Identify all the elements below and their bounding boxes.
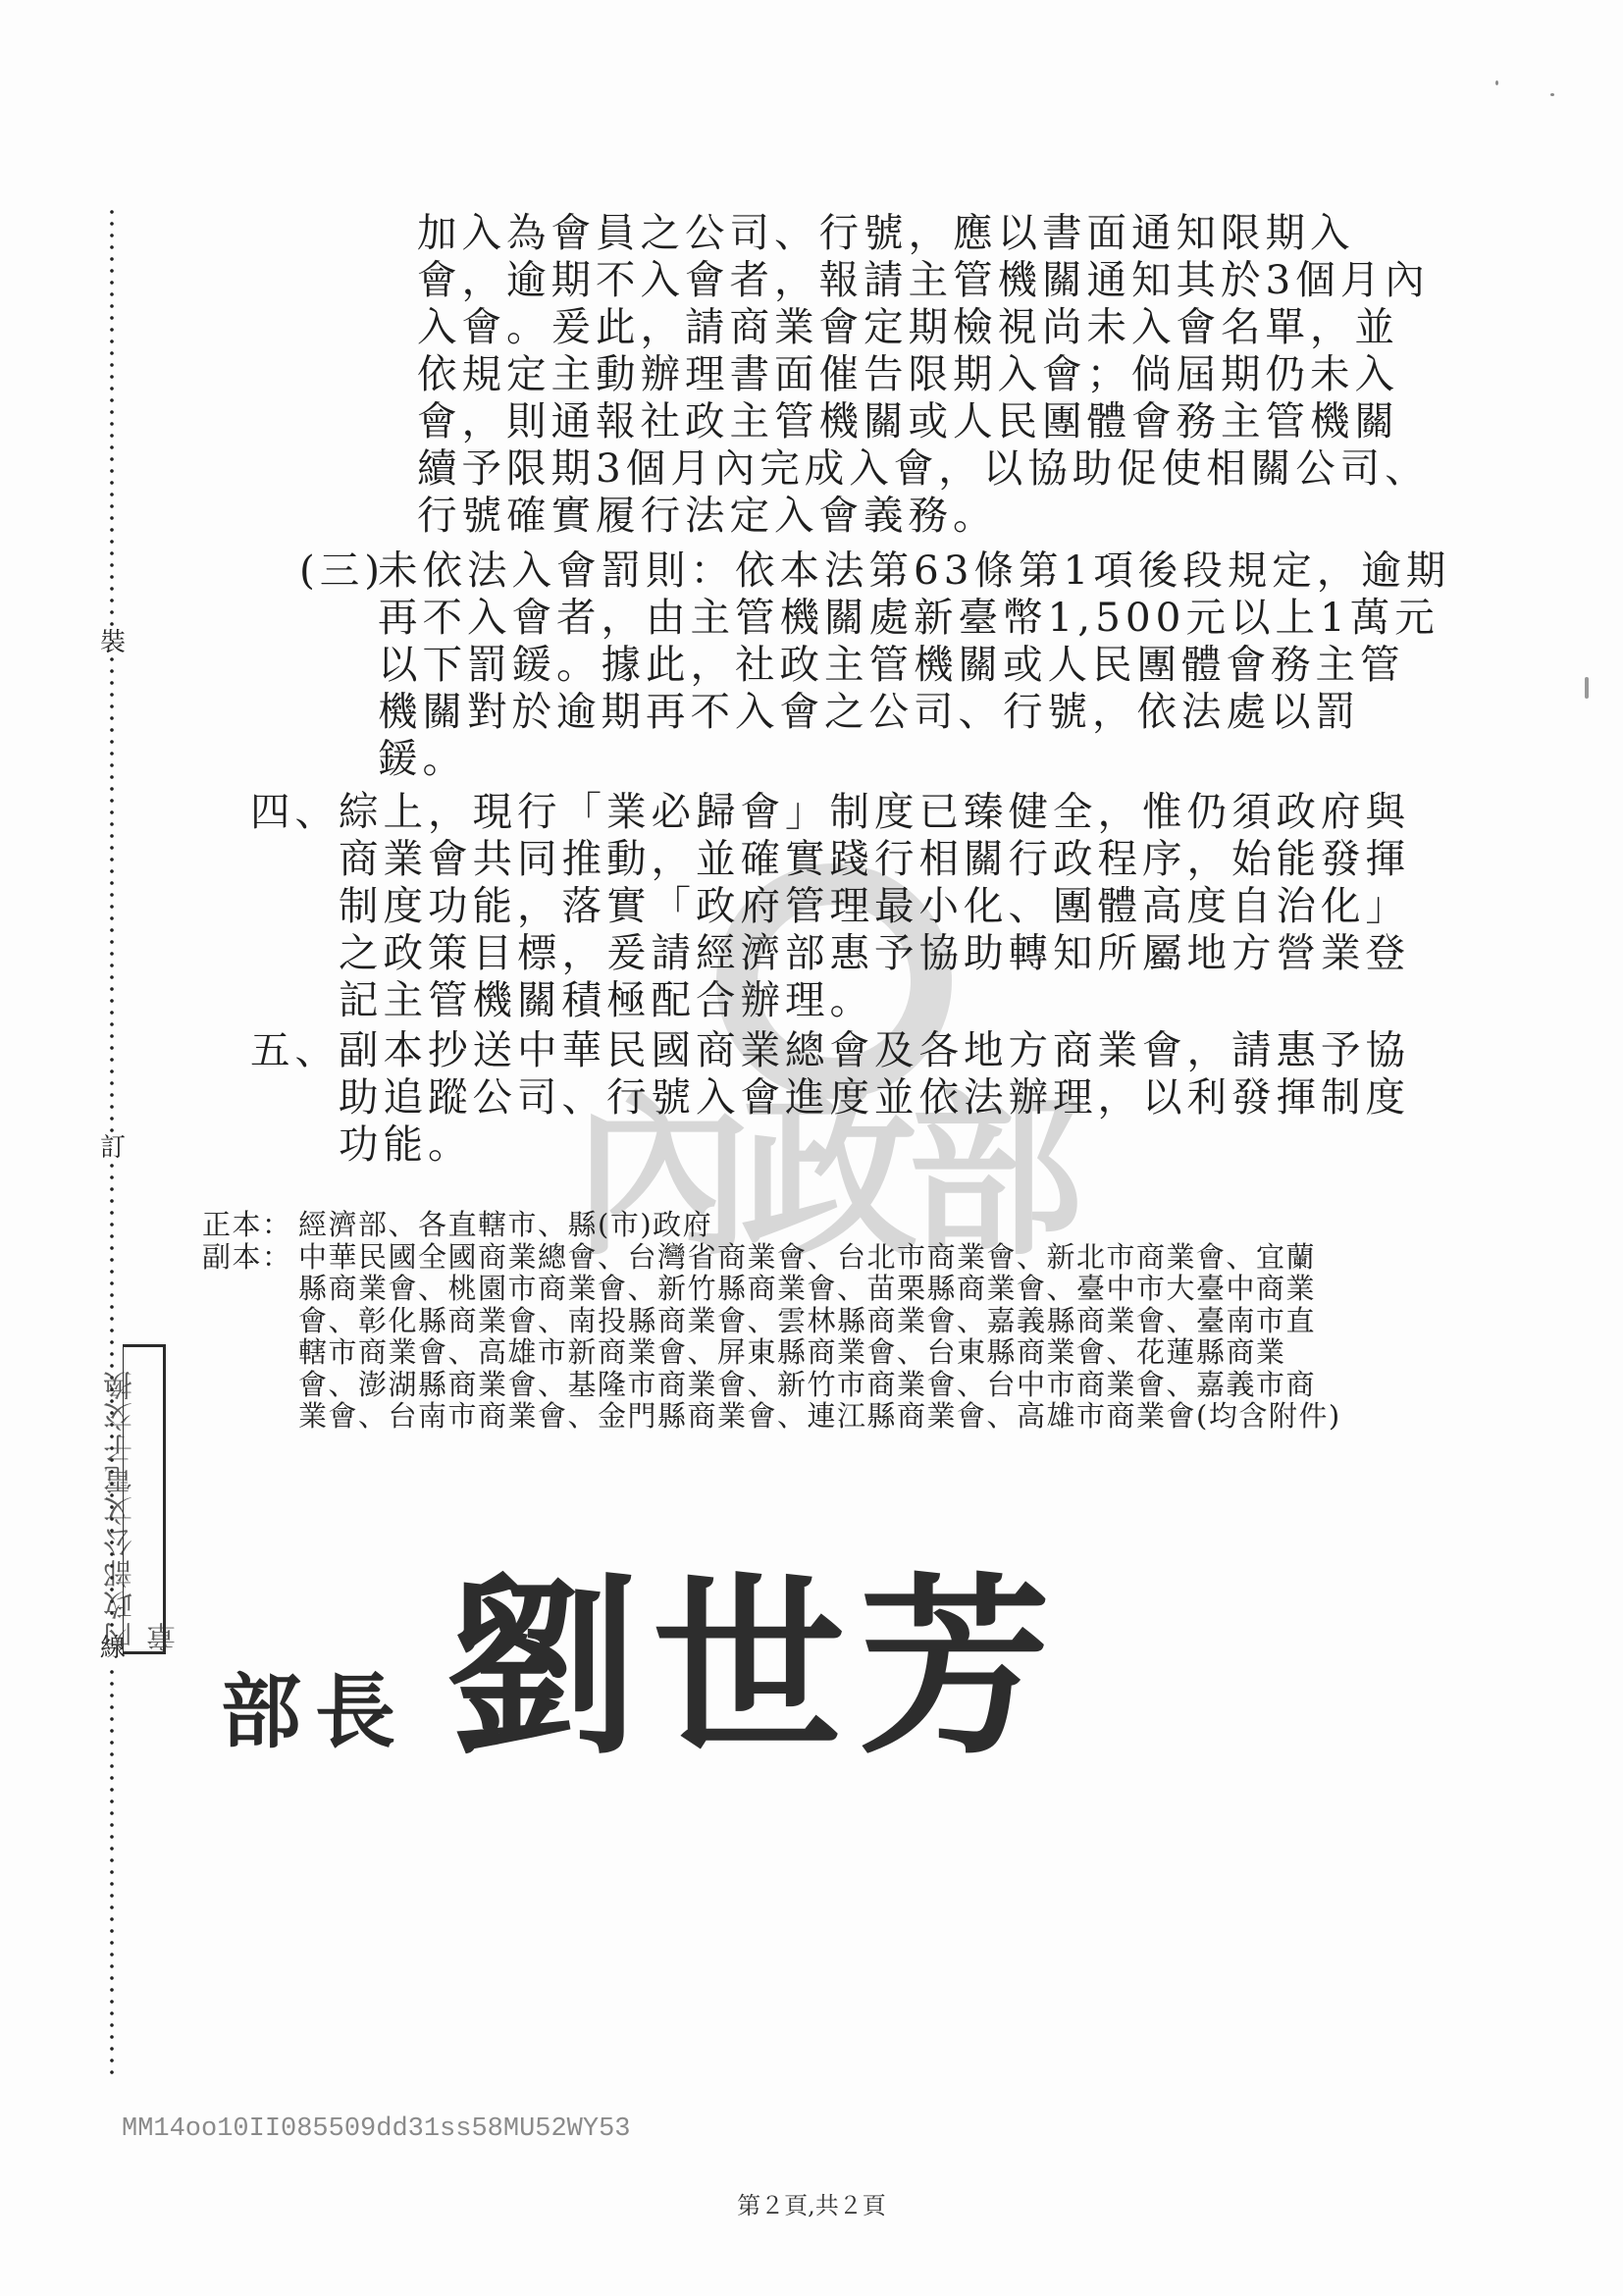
original-recipients: 經濟部、各直轄市、縣(市)政府 — [298, 1209, 712, 1241]
text-line: 加入為會員之公司、行號，應以書面通知限期入 — [417, 209, 1462, 256]
copy-recipients-line: 縣商業會、桃園市商業會、新竹縣商業會、苗栗縣商業會、臺中市大臺中商業 — [298, 1273, 1316, 1305]
item-marker: 四、 — [250, 788, 340, 835]
copy-recipients-line: 業會、台南市商業會、金門縣商業會、連江縣商業會、高雄市商業會(均含附件) — [298, 1400, 1341, 1433]
text-line: 會，則通報社政主管機關或人民團體會務主管機關 — [417, 397, 1462, 444]
section-2-continued: 加入為會員之公司、行號，應以書面通知限期入 會，逾期不入會者，報請主管機關通知其… — [417, 209, 1462, 539]
copy-recipients-label: 副本： — [202, 1241, 292, 1274]
text-line: 功能。 — [339, 1121, 1467, 1168]
text-line: 再不入會者，由主管機關處新臺幣1,500元以上1萬元 — [378, 594, 1467, 641]
distribution-list: 正本： 經濟部、各直轄市、縣(市)政府 副本： 中華民國全國商業總會、台灣省商業… — [202, 1209, 1478, 1444]
item-4-summary: 四、 綜上，現行「業必歸會」制度已臻健全，惟仍須政府與 商業會共同推動，並確實踐… — [339, 788, 1467, 1023]
page-indicator: 第２頁,共２頁 — [0, 2186, 1623, 2220]
text-line: 之政策目標，爰請經濟部惠予協助轉知所屬地方營業登 — [339, 929, 1467, 976]
text-line: 制度功能，落實「政府管理最小化、團體高度自治化」 — [339, 882, 1467, 929]
text-line: 記主管機關積極配合辦理。 — [339, 976, 1467, 1023]
exchange-stamp: 內政部公文電子交換章 — [123, 1344, 166, 1654]
binding-label-top: 裝 — [98, 628, 128, 657]
scan-speck — [1550, 93, 1554, 96]
item-marker: 五、 — [250, 1026, 340, 1073]
copy-recipients-line: 會、彰化縣商業會、南投縣商業會、雲林縣商業會、嘉義縣商業會、臺南市直 — [298, 1305, 1316, 1337]
text-line: 綜上，現行「業必歸會」制度已臻健全，惟仍須政府與 — [339, 788, 1467, 835]
section-3-penalty: (三) 未依法入會罰則：依本法第63條第1項後段規定，逾期 再不入會者，由主管機… — [378, 547, 1467, 782]
text-line: 助追蹤公司、行號入會進度並依法辦理，以利發揮制度 — [339, 1073, 1467, 1121]
text-line: 行號確實履行法定入會義務。 — [417, 492, 1462, 539]
scan-speck — [1585, 677, 1589, 699]
exchange-stamp-text: 內政部公文電子交換章 — [100, 1347, 186, 1651]
signature-name: 劉世芳 — [446, 1555, 1065, 1781]
text-line: 入會。爰此，請商業會定期檢視尚未入會名單，並 — [417, 303, 1462, 350]
text-line: 機關對於逾期再不入會之公司、行號，依法處以罰 — [378, 688, 1467, 735]
copy-recipients-line: 中華民國全國商業總會、台灣省商業會、台北市商業會、新北市商業會、宜蘭 — [298, 1241, 1316, 1274]
document-page: 裝 訂 線 內政部公文電子交換章 內政部 加入為會員之公司、行號，應以書面通知限… — [0, 0, 1623, 2296]
text-line: 續予限期3個月內完成入會，以協助促使相關公司、 — [417, 444, 1462, 492]
document-code: MM14oo10II085509dd31ss58MU52WY53 — [122, 2114, 630, 2144]
binding-label-middle: 訂 — [98, 1133, 128, 1163]
text-line: 未依法入會罰則：依本法第63條第1項後段規定，逾期 — [378, 547, 1467, 594]
text-line: 依規定主動辦理書面催告限期入會；倘屆期仍未入 — [417, 350, 1462, 397]
scan-speck — [1495, 80, 1498, 85]
text-line: 會，逾期不入會者，報請主管機關通知其於3個月內 — [417, 256, 1462, 303]
section-marker: (三) — [299, 547, 385, 594]
copy-recipients-line: 轄市商業會、高雄市新商業會、屏東縣商業會、台東縣商業會、花蓮縣商業 — [298, 1336, 1286, 1369]
copy-recipients-line: 會、澎湖縣商業會、基隆市商業會、新竹市商業會、台中市商業會、嘉義市商 — [298, 1369, 1316, 1401]
text-line: 副本抄送中華民國商業總會及各地方商業會，請惠予協 — [339, 1026, 1467, 1073]
text-line: 鍰。 — [378, 735, 1467, 782]
signature-title: 部長 — [221, 1648, 409, 1763]
item-5-copy-note: 五、 副本抄送中華民國商業總會及各地方商業會，請惠予協 助追蹤公司、行號入會進度… — [339, 1026, 1467, 1168]
original-recipients-label: 正本： — [202, 1209, 292, 1241]
text-line: 以下罰鍰。據此，社政主管機關或人民團體會務主管 — [378, 641, 1467, 688]
text-line: 商業會共同推動，並確實踐行相關行政程序，始能發揮 — [339, 835, 1467, 882]
